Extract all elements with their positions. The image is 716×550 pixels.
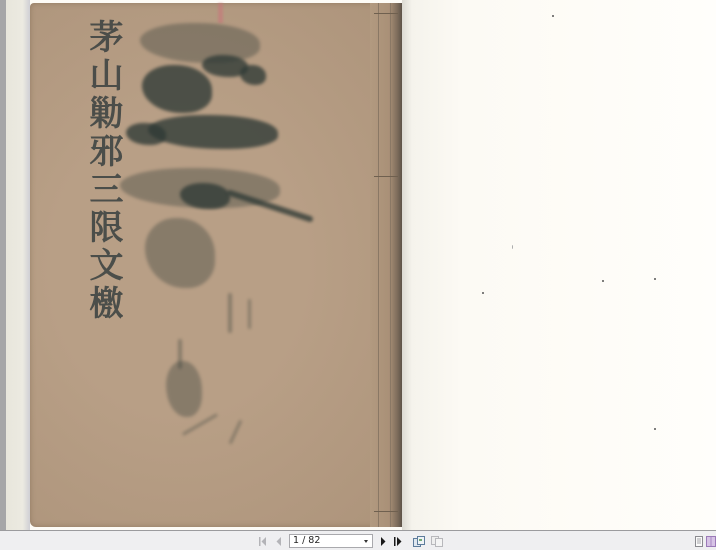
first-page-icon (259, 537, 269, 546)
next-page-icon (380, 537, 386, 546)
previous-page-icon (276, 537, 282, 546)
document-page: 茅山勦邪三限文檄 (6, 0, 716, 530)
book-cover-image: 茅山勦邪三限文檄 (30, 3, 402, 527)
cover-title: 茅山勦邪三限文檄 (58, 19, 122, 323)
facing-pages-view-button[interactable] (706, 535, 716, 547)
single-page-view-button[interactable] (694, 535, 704, 547)
navigation-toolbar: 1 / 82 (0, 530, 716, 550)
paper-speck (512, 245, 513, 249)
page-number-value: 1 / 82 (293, 535, 364, 547)
next-page-button[interactable] (378, 535, 388, 547)
page-number-field[interactable]: 1 / 82 (289, 534, 373, 548)
previous-view-button[interactable] (412, 535, 426, 547)
first-page-button[interactable] (258, 535, 270, 547)
spine-stitch (374, 13, 398, 14)
page-left-margin (6, 0, 30, 530)
spine-stitch (374, 511, 398, 512)
previous-view-icon (413, 536, 425, 547)
ink-smudge (166, 361, 202, 417)
ink-blot (126, 123, 166, 145)
blank-facing-page (402, 0, 716, 530)
ink-blot (240, 65, 266, 85)
ink-stroke (228, 293, 232, 333)
ink-blot (148, 115, 278, 149)
paper-speck (602, 280, 604, 282)
ink-blot (142, 65, 212, 113)
next-view-button[interactable] (430, 535, 444, 547)
facing-pages-view-icon (706, 536, 716, 547)
dropdown-arrow-icon[interactable] (364, 540, 368, 543)
ink-stroke (229, 420, 243, 445)
single-page-view-icon (695, 536, 703, 547)
last-page-button[interactable] (393, 535, 405, 547)
ink-stroke (248, 299, 251, 329)
ink-smudge (145, 218, 215, 288)
spine-fold-line (378, 3, 379, 527)
paper-speck (482, 292, 484, 294)
red-seal-mark (218, 3, 223, 23)
paper-speck (654, 428, 656, 430)
next-view-icon (431, 536, 443, 547)
last-page-icon (394, 537, 404, 546)
spine-stitch (374, 176, 398, 177)
paper-speck (552, 15, 554, 17)
spine-fold-line (390, 3, 391, 527)
ink-smudge (140, 23, 260, 63)
previous-page-button[interactable] (274, 535, 284, 547)
paper-speck (654, 278, 656, 280)
book-spine (370, 3, 402, 527)
document-viewport[interactable]: 茅山勦邪三限文檄 (0, 0, 716, 530)
